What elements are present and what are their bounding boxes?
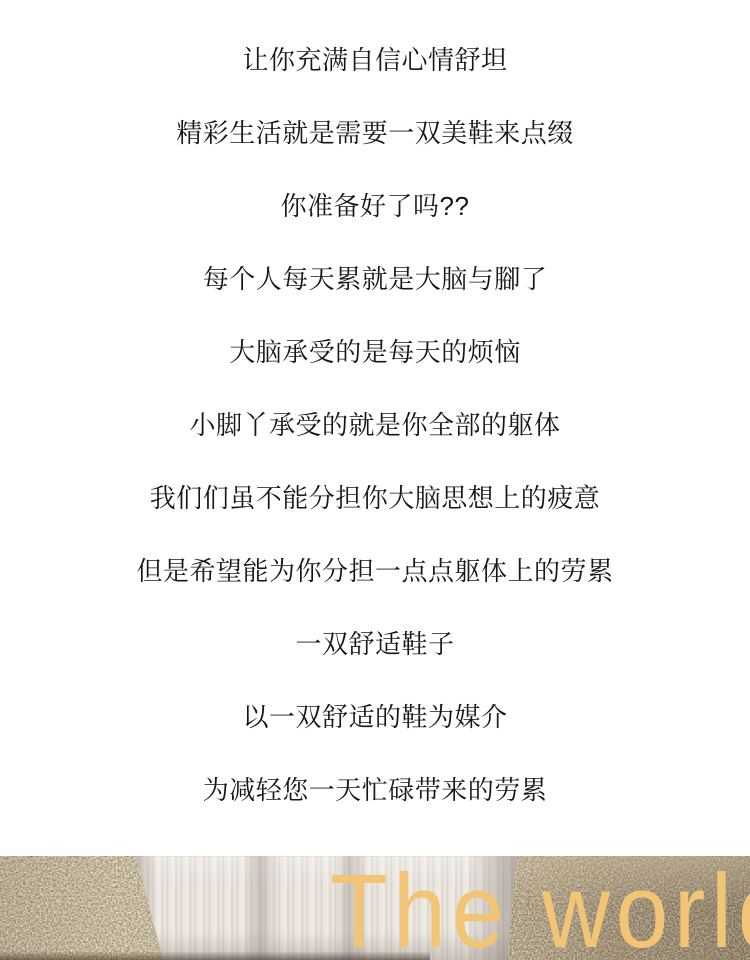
- copy-line: 为减轻您一天忙碌带来的劳累: [203, 777, 548, 803]
- copy-line: 每个人每天累就是大脑与腳了: [203, 266, 548, 292]
- copy-line: 我们们虽不能分担你大脑思想上的疲意: [150, 485, 601, 511]
- copy-line: 小脚丫承受的就是你全部的躯体: [189, 412, 560, 438]
- copy-line: 以一双舒适的鞋为媒介: [242, 704, 507, 730]
- copy-line: 大脑承受的是每天的烦恼: [229, 339, 521, 365]
- copy-line: 你准备好了吗??: [281, 193, 470, 219]
- photo-overlay-text: The world: [330, 859, 750, 960]
- copy-line: 但是希望能为你分担一点点躯体上的劳累: [136, 558, 613, 584]
- copy-line: 一双舒适鞋子: [295, 631, 454, 657]
- copy-line: 精彩生活就是需要一双美鞋来点缀: [176, 120, 574, 146]
- copy-line: 让你充满自信心情舒坦: [242, 47, 507, 73]
- product-photo: The world: [0, 856, 750, 960]
- marketing-copy-block: 让你充满自信心情舒坦 精彩生活就是需要一双美鞋来点缀 你准备好了吗?? 每个人每…: [0, 0, 750, 803]
